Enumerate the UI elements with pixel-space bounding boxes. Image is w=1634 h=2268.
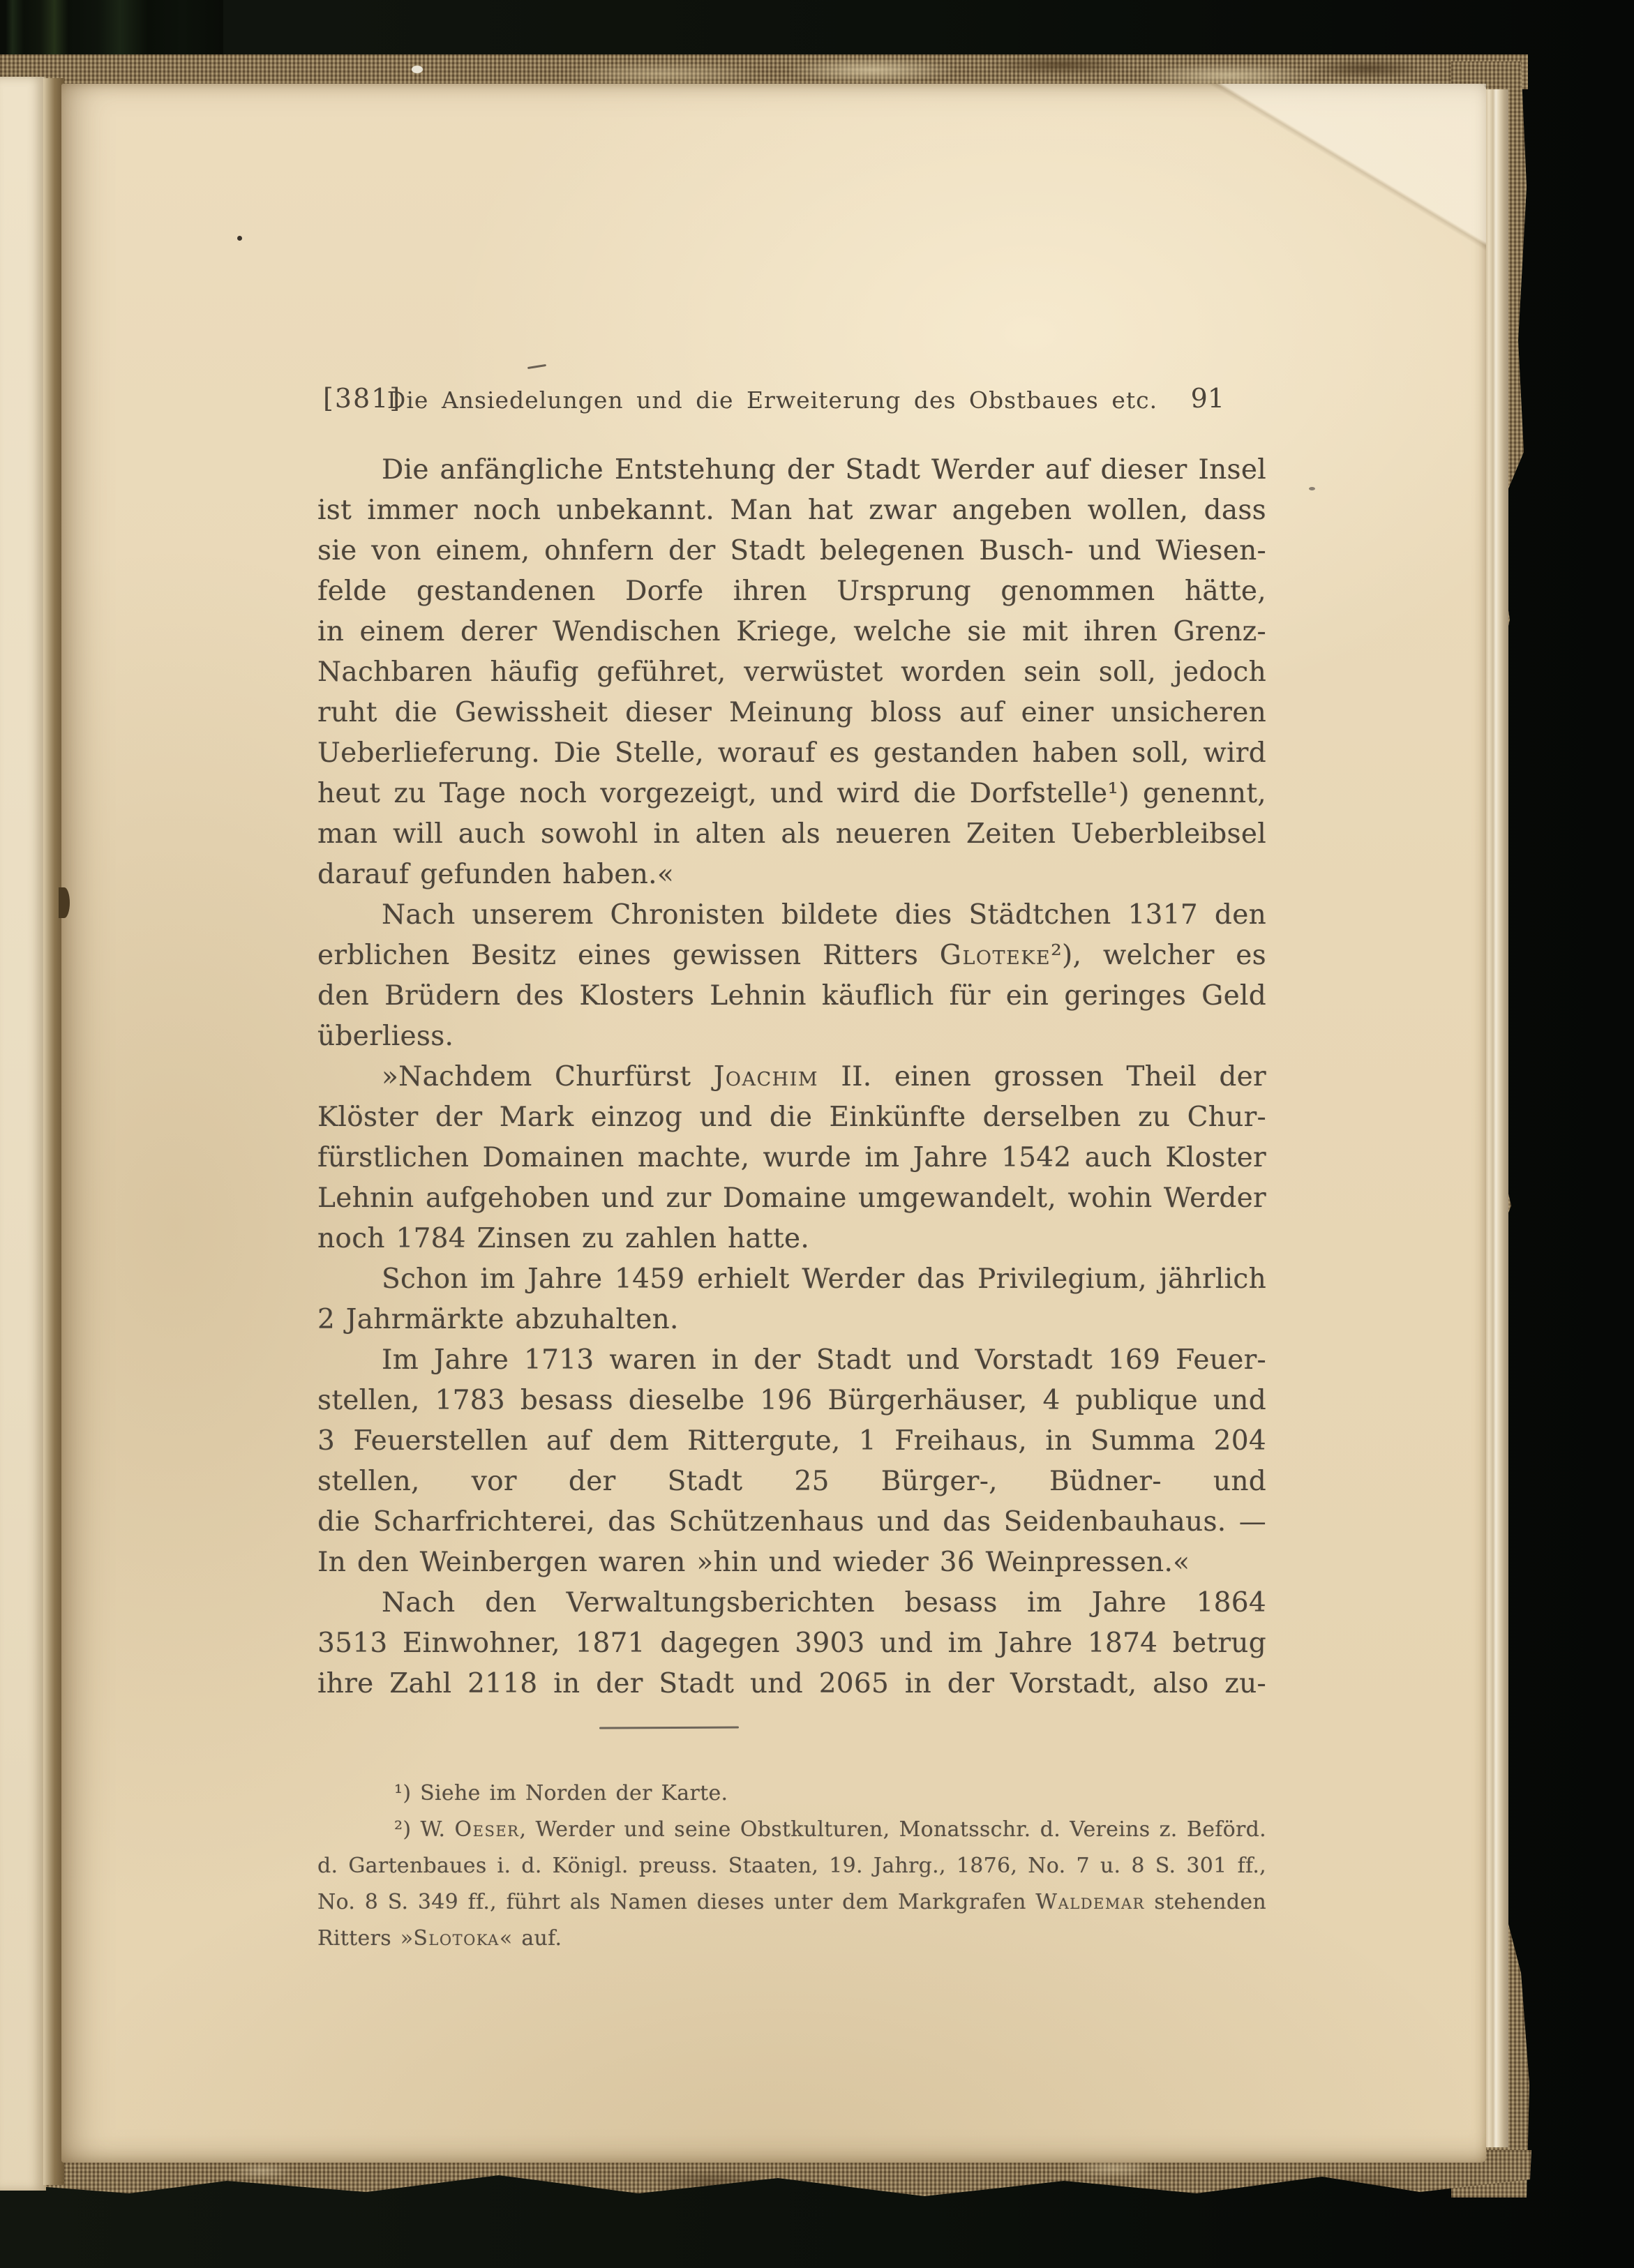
text-segment: erblichen Besitz eines gewissen Ritters: [317, 940, 940, 971]
book-scan: { "document": { "header": { "margin_numb…: [0, 0, 1634, 2268]
text-line: Schon im Jahre 1459 erhielt Werder das P…: [317, 1259, 1266, 1300]
small-caps-name: Slotoka: [413, 1926, 499, 1951]
text-segment: stehenden: [1145, 1890, 1266, 1914]
text-segment: ²), welcher es: [1051, 940, 1266, 971]
text-segment: Nachbaren häufig geführet, verwüstet wor…: [317, 656, 1266, 693]
footnote-rule: [599, 1726, 739, 1729]
text-line: ihre Zahl 2118 in der Stadt und 2065 in …: [317, 1664, 1266, 1704]
text-line: heut zu Tage noch vorgezeigt, und wird d…: [317, 774, 1266, 814]
text-line: sie von einem, ohnfern der Stadt belegen…: [317, 531, 1266, 571]
text-segment: ihre Zahl 2118 in der Stadt und 2065 in …: [317, 1668, 1266, 1699]
text-segment: d. Gartenbaues i. d. Königl. preuss. Sta…: [317, 1854, 1266, 1878]
running-header: [381] Die Ansiedelungen und die Erweiter…: [317, 380, 1266, 416]
small-caps-name: Gloteke: [940, 940, 1051, 971]
text-segment: In den Weinbergen waren »hin und wieder …: [317, 1547, 1190, 1578]
text-segment: 3513 Einwohner, 1871 dagegen 3903 und im…: [317, 1628, 1266, 1659]
text-segment: ¹) Siehe im Norden der Karte.: [394, 1781, 728, 1805]
ink-speck: [237, 236, 242, 241]
text-segment: ruht die Gewissheit dieser Meinung bloss…: [317, 697, 1266, 728]
page-edge-tear: [59, 887, 70, 918]
text-line: No. 8 S. 349 ff., führt als Namen dieses…: [317, 1884, 1266, 1921]
text-segment: »Nachdem Churfürst: [382, 1061, 714, 1092]
book-page: [381] Die Ansiedelungen und die Erweiter…: [61, 84, 1486, 2163]
text-line: stellen, vor der Stadt 25 Bürger-, Büdne…: [317, 1462, 1266, 1502]
text-segment: , Werder und seine Obstkulturen, Monatss…: [519, 1817, 1266, 1842]
text-line: 3 Feuerstellen auf dem Rittergute, 1 Fre…: [317, 1421, 1266, 1462]
text-line: überliess.: [317, 1016, 1266, 1057]
text-line: Ritters »Slotoka« auf.: [317, 1921, 1266, 1957]
text-line: ist immer noch unbekannt. Man hat zwar a…: [317, 490, 1266, 531]
page-number: 91: [1191, 380, 1224, 416]
text-segment: II. einen grossen Theil der: [818, 1061, 1266, 1092]
text-segment: « auf.: [500, 1926, 562, 1951]
text-segment: heut zu Tage noch vorgezeigt, und wird d…: [317, 778, 1266, 809]
page-title: Die Ansiedelungen und die Erweiterung de…: [298, 382, 1247, 419]
text-segment: Klöster der Mark einzog und die Einkünft…: [317, 1102, 1266, 1133]
text-segment: Nach unserem Chronisten bildete dies Stä…: [382, 899, 1266, 931]
text-line: ¹) Siehe im Norden der Karte.: [317, 1775, 1266, 1812]
text-line: den Brüdern des Klosters Lehnin käuflich…: [317, 976, 1266, 1016]
text-segment: darauf gefunden haben.«: [317, 859, 674, 890]
footnotes: ¹) Siehe im Norden der Karte.²) W. Oeser…: [317, 1775, 1266, 1957]
text-line: 2 Jahrmärkte abzuhalten.: [317, 1300, 1266, 1340]
text-line: Nach den Verwaltungsberichten besass im …: [317, 1583, 1266, 1623]
text-line: stellen, 1783 besass dieselbe 196 Bürger…: [317, 1381, 1266, 1421]
text-line: darauf gefunden haben.«: [317, 855, 1266, 895]
text-line: ²) W. Oeser, Werder und seine Obstkultur…: [317, 1812, 1266, 1848]
text-segment: fürstlichen Domainen machte, wurde im Ja…: [317, 1142, 1266, 1173]
text-segment: in einem derer Wendischen Kriege, welche…: [317, 616, 1266, 647]
paper-chip: [412, 66, 423, 73]
text-segment: Ueberlieferung. Die Stelle, worauf es ge…: [317, 737, 1266, 769]
text-line: d. Gartenbaues i. d. Königl. preuss. Sta…: [317, 1848, 1266, 1884]
text-line: »Nachdem Churfürst Joachim II. einen gro…: [317, 1057, 1266, 1097]
text-line: die Scharfrichterei, das Schützenhaus un…: [317, 1502, 1266, 1542]
small-caps-name: Waldemar: [1035, 1890, 1145, 1914]
text-segment: Lehnin aufgehoben und zur Domaine umgewa…: [317, 1182, 1266, 1214]
text-line: Ueberlieferung. Die Stelle, worauf es ge…: [317, 733, 1266, 774]
text-line: fürstlichen Domainen machte, wurde im Ja…: [317, 1138, 1266, 1178]
text-segment: stellen, 1783 besass dieselbe 196 Bürger…: [317, 1385, 1266, 1416]
text-segment: noch 1784 Zinsen zu zahlen hatte.: [317, 1223, 809, 1254]
text-segment: No. 8 S. 349 ff., führt als Namen dieses…: [317, 1890, 1035, 1914]
text-segment: Im Jahre 1713 waren in der Stadt und Vor…: [382, 1344, 1266, 1376]
text-line: Nachbaren häufig geführet, verwüstet wor…: [317, 652, 1266, 693]
small-caps-name: Joachim: [714, 1061, 818, 1092]
text-segment: felde gestandenen Dorfe ihren Ursprung g…: [317, 576, 1266, 612]
text-line: Im Jahre 1713 waren in der Stadt und Vor…: [317, 1340, 1266, 1381]
text-segment: Die anfängliche Entstehung der Stadt Wer…: [382, 454, 1266, 486]
text-line: In den Weinbergen waren »hin und wieder …: [317, 1542, 1266, 1583]
small-caps-name: Oeser: [455, 1817, 520, 1842]
text-segment: ²) W.: [394, 1817, 455, 1842]
text-segment: den Brüdern des Klosters Lehnin käuflich…: [317, 980, 1266, 1012]
text-segment: Schon im Jahre 1459 erhielt Werder das P…: [382, 1263, 1266, 1295]
text-segment: stellen, vor der Stadt 25 Bürger-, Büdne…: [317, 1466, 1266, 1502]
text-line: Klöster der Mark einzog und die Einkünft…: [317, 1097, 1266, 1138]
text-line: Nach unserem Chronisten bildete dies Stä…: [317, 895, 1266, 936]
text-segment: 2 Jahrmärkte abzuhalten.: [317, 1304, 679, 1335]
previous-page-edge: [0, 77, 46, 2191]
text-segment: sie von einem, ohnfern der Stadt belegen…: [317, 535, 1266, 566]
text-segment: überliess.: [317, 1021, 454, 1052]
text-line: Die anfängliche Entstehung der Stadt Wer…: [317, 450, 1266, 490]
text-line: noch 1784 Zinsen zu zahlen hatte.: [317, 1219, 1266, 1259]
text-segment: die Scharfrichterei, das Schützenhaus un…: [317, 1506, 1266, 1538]
text-segment: ist immer noch unbekannt. Man hat zwar a…: [317, 495, 1266, 526]
text-line: Lehnin aufgehoben und zur Domaine umgewa…: [317, 1178, 1266, 1219]
body-text: Die anfängliche Entstehung der Stadt Wer…: [317, 450, 1266, 1704]
text-segment: 3 Feuerstellen auf dem Rittergute, 1 Fre…: [317, 1425, 1266, 1462]
text-line: man will auch sowohl in alten als neuere…: [317, 814, 1266, 855]
text-segment: Ritters »: [317, 1926, 413, 1951]
text-line: ruht die Gewissheit dieser Meinung bloss…: [317, 693, 1266, 733]
text-segment: man will auch sowohl in alten als neuere…: [317, 818, 1266, 850]
text-line: in einem derer Wendischen Kriege, welche…: [317, 612, 1266, 652]
text-column: [381] Die Ansiedelungen und die Erweiter…: [317, 84, 1266, 2163]
text-line: 3513 Einwohner, 1871 dagegen 3903 und im…: [317, 1623, 1266, 1664]
text-line: felde gestandenen Dorfe ihren Ursprung g…: [317, 571, 1266, 612]
text-line: erblichen Besitz eines gewissen Ritters …: [317, 936, 1266, 976]
text-segment: Nach den Verwaltungsberichten besass im …: [382, 1587, 1266, 1623]
ink-speck: [1309, 487, 1315, 490]
